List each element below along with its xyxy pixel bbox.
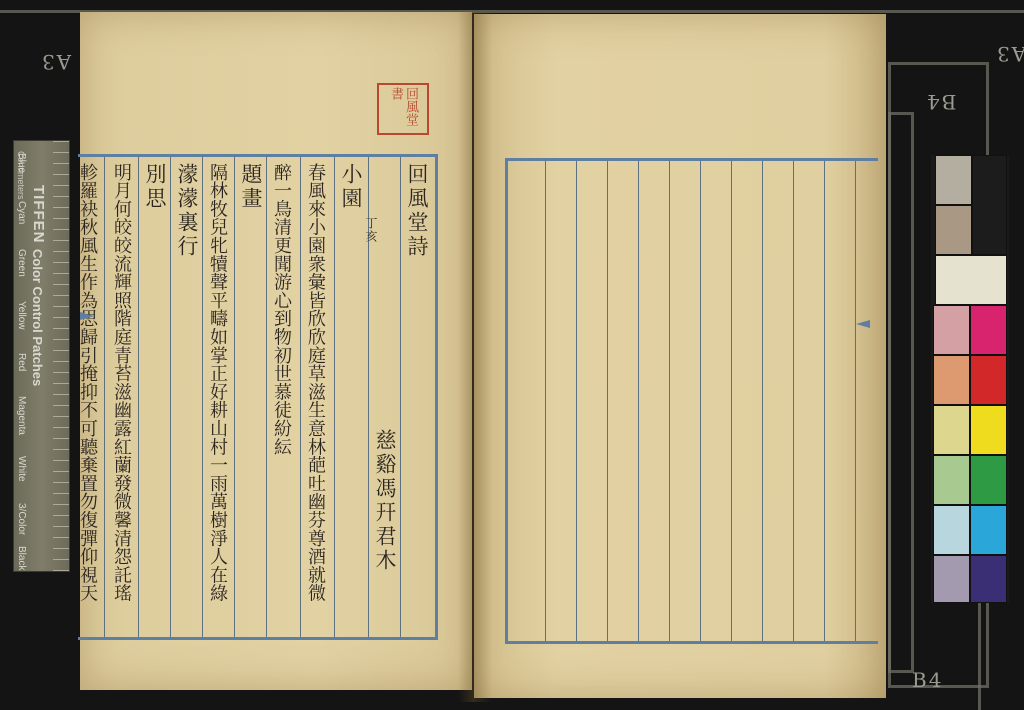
poem-date-note: 丁亥	[358, 217, 384, 243]
poem-line: 春風來小園衆彙皆欣欣庭草滋生意林葩吐幽芬尊酒就微	[304, 163, 326, 602]
color-patch-strip	[931, 155, 1009, 603]
patch-green-light	[933, 455, 970, 505]
poem-title-xiaoyuan: 小園	[338, 163, 364, 211]
patch-yellow	[970, 405, 1007, 455]
poem-title-tihua: 題畫	[238, 163, 264, 211]
ruler-ticks	[53, 141, 69, 571]
poem-line: 濛濛裏行	[174, 163, 200, 259]
author-line: 慈谿馮幵君木	[372, 429, 398, 573]
mat-guide-inner	[888, 112, 914, 673]
fishtail-mark-left	[80, 312, 94, 320]
patch-cyan-light	[933, 505, 970, 555]
ruler-color-label: Black	[16, 546, 27, 570]
patch-pink-light	[933, 305, 970, 355]
patch-gray-light	[935, 155, 972, 205]
red-seal-stamp: 回風堂書	[377, 83, 429, 135]
poem-line: 軫羅袂秋風生作為思歸引掩抑不可聽棄置勿復彈仰視天	[76, 163, 98, 602]
patch-magenta	[970, 305, 1007, 355]
poem-title-biesi: 別思	[142, 163, 168, 211]
mat-label-b4-lower: B4	[912, 668, 943, 692]
ruler-color-label: Red	[16, 353, 27, 371]
mat-guide-vertical	[978, 600, 981, 710]
ruler-color-label: Cyan	[16, 201, 27, 224]
poem-line: 隔林牧兒牝犢聲平疇如掌正好耕山村一雨萬樹淨人在綠	[206, 163, 228, 602]
book-title: 回風堂詩	[404, 163, 430, 259]
ruler-color-label: Green	[16, 249, 27, 277]
patch-orange-light	[933, 355, 970, 405]
mat-label-a3-right: A3	[995, 42, 1024, 66]
left-page-frame: 回風堂詩 慈谿馮幵君木 小園 丁亥 春風來小園衆彙皆欣欣庭草滋生意林葩吐幽芬尊酒…	[78, 154, 438, 640]
patch-red	[970, 355, 1007, 405]
patch-violet	[970, 555, 1007, 603]
patch-white	[935, 255, 1007, 305]
fishtail-mark-right	[856, 320, 870, 328]
ruler-color-label: Blue	[16, 153, 27, 173]
patch-tan	[935, 205, 972, 255]
patch-yellow-light	[933, 405, 970, 455]
patch-cyan	[970, 505, 1007, 555]
right-page-frame	[505, 158, 878, 644]
tiffen-color-ruler: Centimeters TIFFEN Color Control Patches…	[13, 140, 70, 572]
ruler-title: Color Control Patches	[30, 249, 45, 386]
ruler-brand: TIFFEN	[30, 185, 47, 244]
mat-label-a3-left: A3	[40, 50, 71, 74]
mat-label-b4-upper: B4	[925, 90, 956, 114]
patch-gray-dark	[972, 155, 1007, 255]
poem-line: 明月何皎皎流輝照階庭青苔滋幽露紅蘭發微馨清怨託瑤	[110, 163, 132, 602]
ruler-color-label: Yellow	[16, 301, 27, 330]
ruler-color-label: White	[16, 456, 27, 482]
ruler-color-label: Magenta	[16, 396, 27, 435]
patch-violet-light	[933, 555, 970, 603]
poem-line: 醉一鳥清更聞游心到物初世慕徒紛紜	[270, 163, 292, 456]
ruler-color-label: 3/Color	[16, 503, 27, 535]
book-gutter	[458, 12, 492, 702]
patch-green	[970, 455, 1007, 505]
